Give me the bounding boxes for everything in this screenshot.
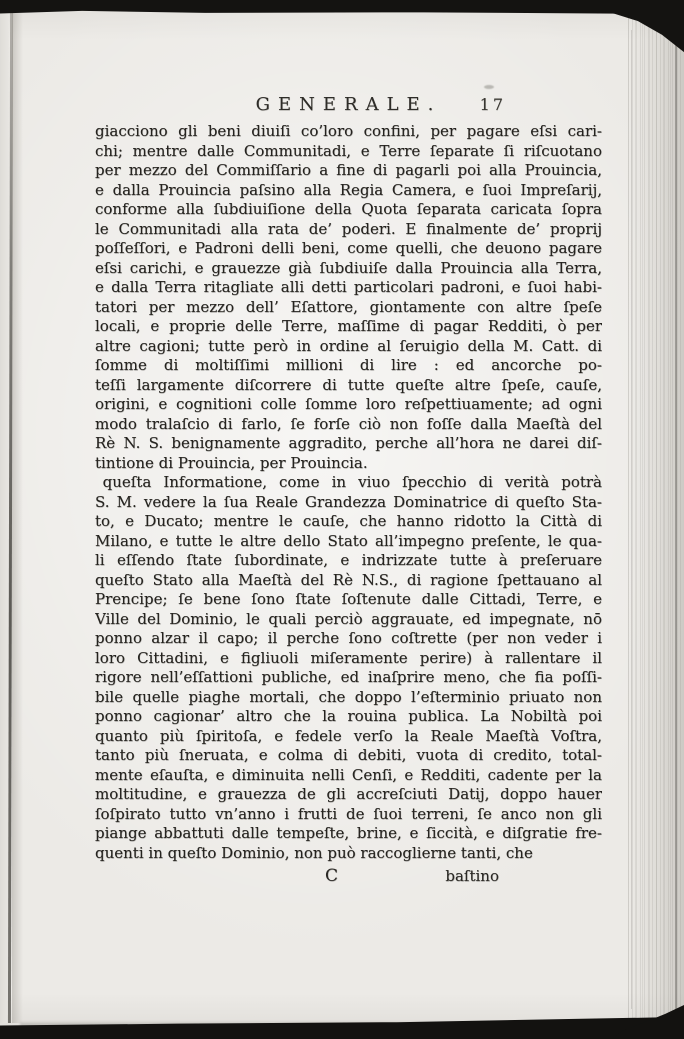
body-line: origini, e cognitioni colle ſomme loro r… (95, 395, 602, 415)
body-line: quanto più ſpiritoſa, e fedele verſo la … (95, 727, 602, 747)
body-line: loro Cittadini, e figliuoli miſeramente … (95, 649, 602, 669)
body-line: e dalla Terra ritagliate alli detti part… (95, 278, 602, 298)
body-line: ſoſpirato tutto vn’anno i frutti de ſuoi… (95, 805, 602, 825)
body-line: ſomme di moltiſſimi millioni di lire : e… (95, 356, 602, 376)
body-line: bile quelle piaghe mortali, che doppo l’… (95, 688, 602, 708)
body-line: ponno alzar il capo; il perche ſono coſt… (95, 629, 602, 649)
body-line: Rè N. S. benignamente aggradito, perche … (95, 434, 602, 454)
body-line: conforme alla ſubdiuiſione della Quota ſ… (95, 200, 602, 220)
page-footer: C baſtino (95, 866, 602, 888)
body-line: eſsi carichi, e grauezze già ſubdiuiſe d… (95, 259, 602, 279)
body-line: moltitudine, e grauezza de gli accreſciu… (95, 785, 602, 805)
page-body: giacciono gli beni diuiſi co’loro confin… (95, 122, 602, 863)
body-line: chi; mentre dalle Communitadi, e Terre ſ… (95, 142, 602, 162)
signature-mark: C (78, 866, 585, 886)
body-line: Milano, e tutte le altre dello Stato all… (95, 532, 602, 552)
body-line: In queſta Informatione, come in viuo ſpe… (95, 473, 602, 493)
body-line: modo tralaſcio di farlo, ſe forſe ciò no… (95, 415, 602, 435)
body-line: altre cagioni; tutte però in ordine al ſ… (95, 337, 602, 357)
body-line: Prencipe; ſe bene ſono ſtate ſoſtenute d… (95, 590, 602, 610)
body-line: per mezzo del Commiſſario a fine di paga… (95, 161, 602, 181)
page-header: GENERALE. 17 (95, 94, 602, 118)
body-line: teſſi largamente diſcorrere di tutte que… (95, 376, 602, 396)
body-line: S. M. vedere la ſua Reale Grandezza Domi… (95, 493, 602, 513)
body-line: poſſeſſori, e Padroni delli beni, come q… (95, 239, 602, 259)
body-line: quenti in queſto Dominio, non può raccog… (95, 844, 602, 864)
catchword: baſtino (445, 867, 499, 885)
page-number: 17 (480, 95, 506, 114)
body-line: li eſſendo ſtate ſubordinate, e indrizza… (95, 551, 602, 571)
body-line: locali, e proprie delle Terre, maſſime d… (95, 317, 602, 337)
body-line: ponno cagionar’ altro che la rouina publ… (95, 707, 602, 727)
body-line: tatori per mezzo dell’ Eſattore, giontam… (95, 298, 602, 318)
body-line: mente eſauſta, e diminuita nelli Cenſi, … (95, 766, 602, 786)
fore-edge-inner-line (631, 30, 632, 1009)
body-line: to, e Ducato; mentre le cauſe, che hanno… (95, 512, 602, 532)
running-title: GENERALE. (95, 94, 602, 115)
body-line: tintione di Prouincia, per Prouincia. (95, 454, 602, 474)
body-line: le Communitadi alla rata de’ poderi. E f… (95, 220, 602, 240)
body-line: Ville del Dominio, le quali perciò aggra… (95, 610, 602, 630)
body-line: piange abbattuti dalle tempeſte, brine, … (95, 824, 602, 844)
body-line: giacciono gli beni diuiſi co’loro confin… (95, 122, 602, 142)
body-line: queſto Stato alla Maeſtà del Rè N.S., di… (95, 571, 602, 591)
page-left-edge-shading (12, 13, 23, 1023)
body-line: rigore nell’eſſattioni publiche, ed inaſ… (95, 668, 602, 688)
fore-edge-dark-line (675, 40, 677, 1019)
ink-speck (484, 85, 494, 89)
body-line: e dalla Prouincia paſsino alla Regia Cam… (95, 181, 602, 201)
scan-root: { "colors": { "paper": "#eceae6", "ink":… (0, 0, 684, 1039)
body-line: tanto più ſneruata, e colma di debiti, v… (95, 746, 602, 766)
